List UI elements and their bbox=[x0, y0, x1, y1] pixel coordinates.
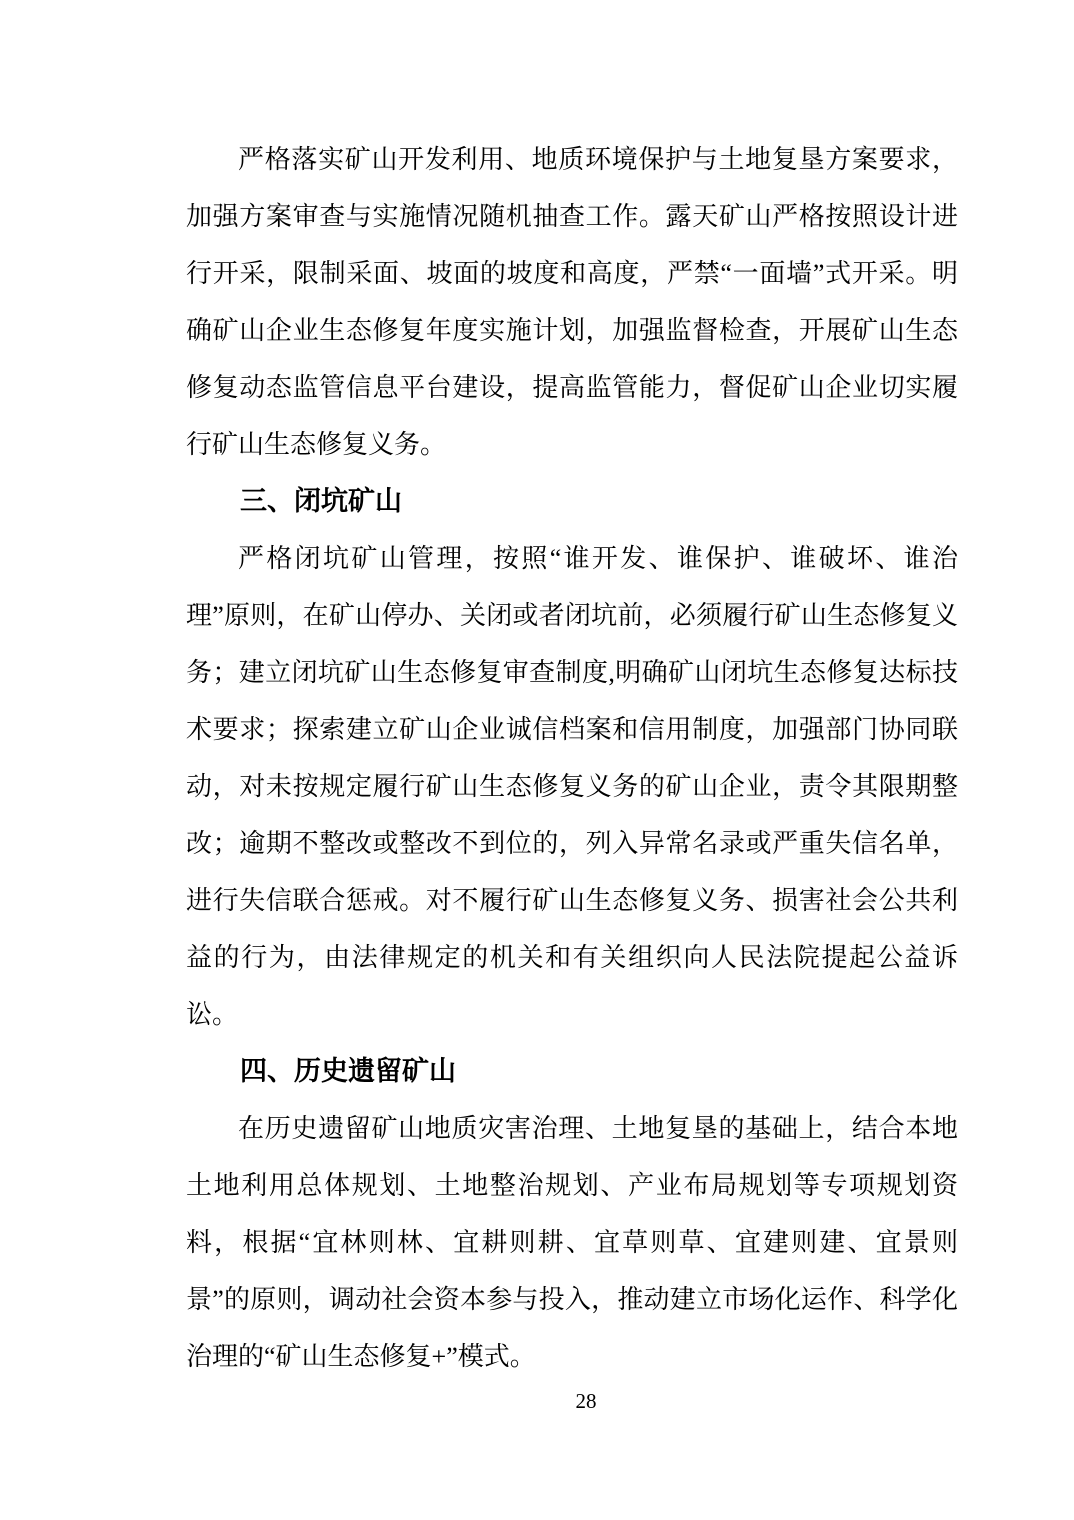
paragraph-closed-pit-mines: 严格闭坑矿山管理，按照“谁开发、谁保护、谁破坏、谁治理”原则，在矿山停办、关闭或… bbox=[186, 530, 958, 1043]
paragraph-mine-development: 严格落实矿山开发利用、地质环境保护与土地复垦方案要求，加强方案审查与实施情况随机… bbox=[186, 131, 958, 473]
page-footer: 28 bbox=[186, 1386, 986, 1416]
section-heading-historical-legacy-mines: 四、历史遗留矿山 bbox=[186, 1043, 958, 1100]
section-heading-closed-pit-mines: 三、闭坑矿山 bbox=[186, 473, 958, 530]
paragraph-historical-legacy-mines: 在历史遗留矿山地质灾害治理、土地复垦的基础上，结合本地土地利用总体规划、土地整治… bbox=[186, 1100, 958, 1385]
page-number: 28 bbox=[576, 1389, 597, 1413]
document-page: 严格落实矿山开发利用、地质环境保护与土地复垦方案要求，加强方案审查与实施情况随机… bbox=[0, 0, 1074, 1520]
document-body: 严格落实矿山开发利用、地质环境保护与土地复垦方案要求，加强方案审查与实施情况随机… bbox=[186, 131, 958, 1385]
